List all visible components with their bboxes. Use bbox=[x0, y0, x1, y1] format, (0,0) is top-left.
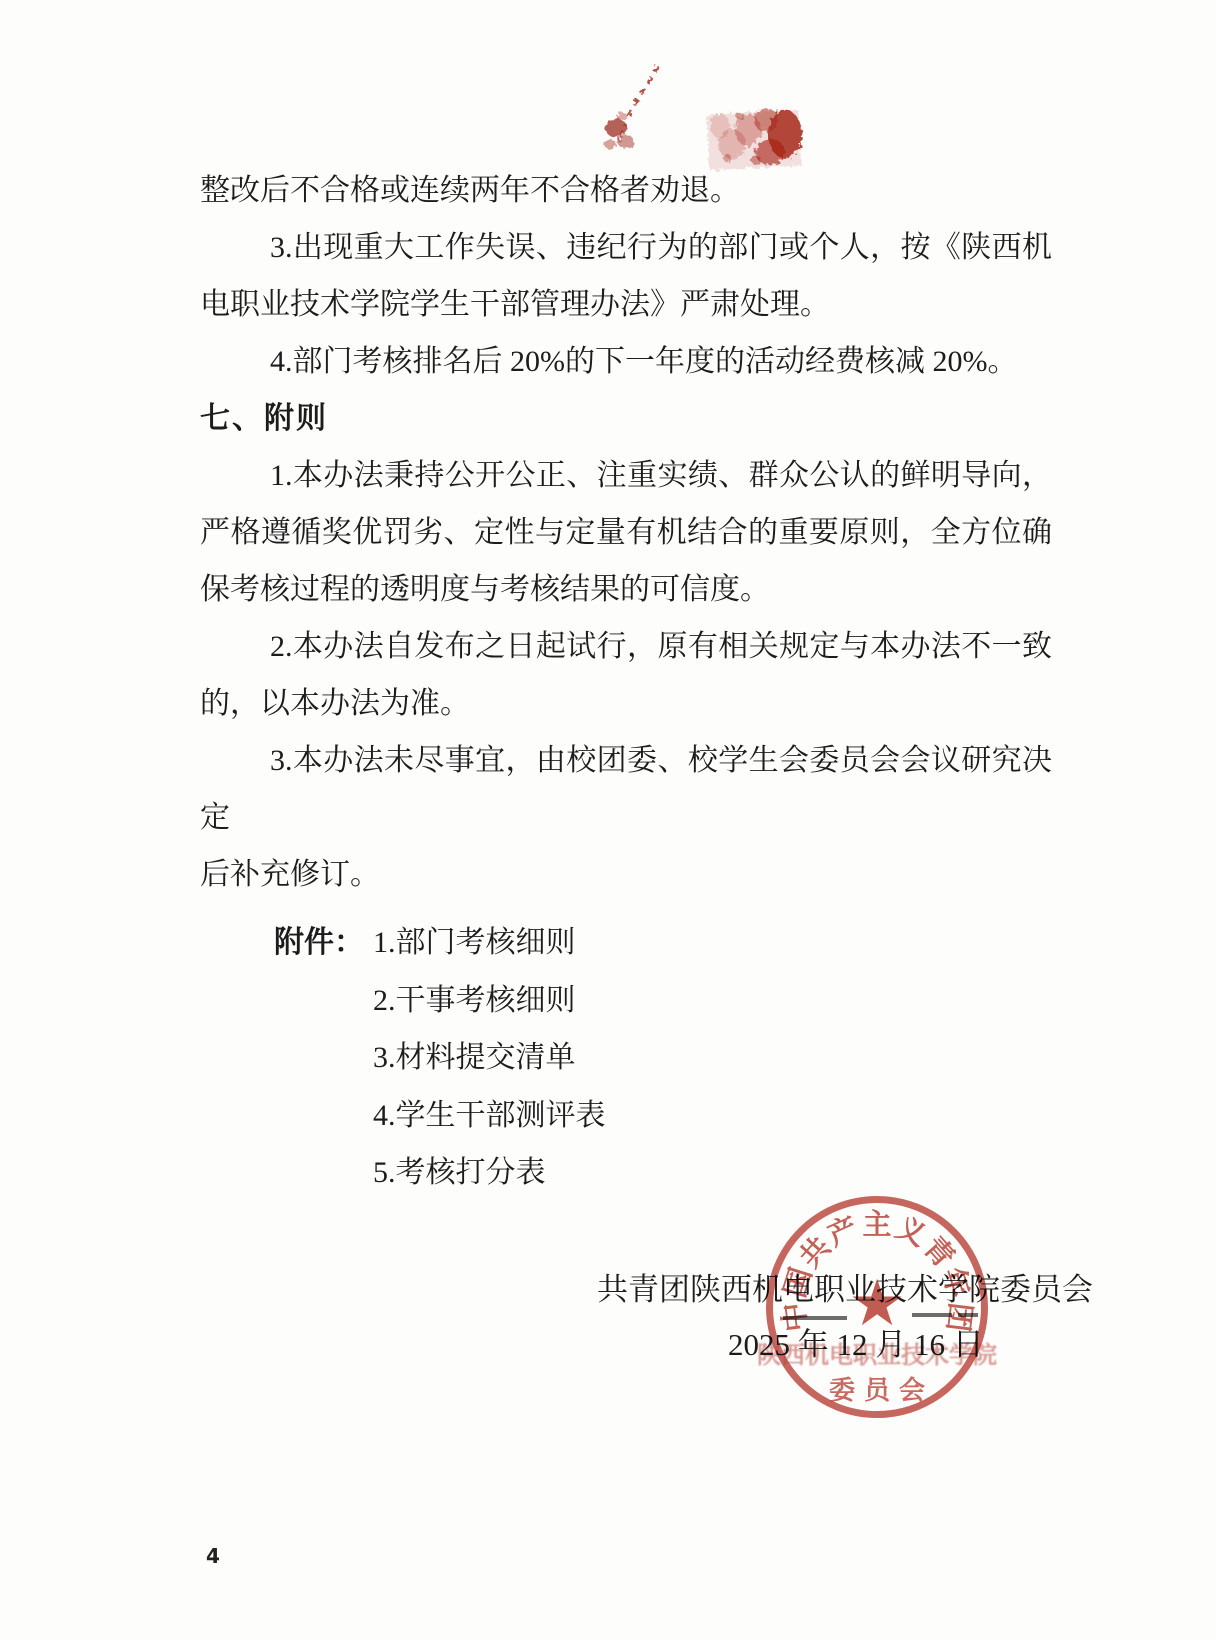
seal-star-icon: ★ bbox=[848, 1267, 905, 1341]
ink-smudge bbox=[580, 50, 830, 190]
attachment-item: 1.部门考核细则 bbox=[373, 914, 606, 972]
body-line: 3.本办法未尽事宜，由校团委、校学生会委员会会议研究决定 bbox=[200, 732, 1052, 846]
section-heading: 七、附则 bbox=[200, 390, 1052, 447]
seal-arc-char: 主 bbox=[862, 1210, 892, 1240]
attachment-item: 4.学生干部测评表 bbox=[373, 1087, 606, 1145]
body-line: 4.部门考核排名后 20%的下一年度的活动经费核减 20%。 bbox=[200, 333, 1052, 390]
body-line: 1.本办法秉持公开公正、注重实绩、群众公认的鲜明导向， bbox=[200, 447, 1052, 504]
attachments-list: 1.部门考核细则 2.干事考核细则 3.材料提交清单 4.学生干部测评表 5.考… bbox=[373, 914, 606, 1202]
seal-middle-text: 陕西机电职业技术学院 bbox=[757, 1335, 997, 1370]
attachment-item: 5.考核打分表 bbox=[373, 1144, 606, 1202]
body-line: 电职业技术学院学生干部管理办法》严肃处理。 bbox=[200, 276, 1052, 333]
body-line: 保考核过程的透明度与考核结果的可信度。 bbox=[200, 561, 1052, 618]
body-line: 的，以本办法为准。 bbox=[200, 675, 1052, 732]
smudge-blob bbox=[604, 112, 634, 149]
attachment-item: 3.材料提交清单 bbox=[373, 1029, 606, 1087]
body-line: 3.出现重大工作失误、违纪行为的部门或个人，按《陕西机 bbox=[200, 219, 1052, 276]
body-line: 严格遵循奖优罚劣、定性与定量有机结合的重要原则，全方位确 bbox=[200, 504, 1052, 561]
smudge-blotch bbox=[707, 108, 802, 170]
attachments-block: 附件： 1.部门考核细则 2.干事考核细则 3.材料提交清单 4.学生干部测评表… bbox=[274, 914, 606, 1202]
seal-arc-char: 中 bbox=[779, 1300, 812, 1333]
seal-arc-char: 团 bbox=[942, 1300, 975, 1333]
body-line: 后补充修订。 bbox=[200, 846, 1052, 903]
official-seal: 中国共产主义青年团 ★ 陕西机电职业技术学院 委员会 bbox=[766, 1196, 988, 1418]
attachments-label: 附件： bbox=[274, 914, 364, 972]
seal-bottom-text: 委员会 bbox=[820, 1370, 934, 1407]
document-body: 整改后不合格或连续两年不合格者劝退。 3.出现重大工作失误、违纪行为的部门或个人… bbox=[200, 162, 1052, 903]
document-page: 整改后不合格或连续两年不合格者劝退。 3.出现重大工作失误、违纪行为的部门或个人… bbox=[0, 0, 1216, 1640]
attachment-item: 2.干事考核细则 bbox=[373, 972, 606, 1030]
page-number: 4 bbox=[206, 1544, 220, 1568]
body-line: 2.本办法自发布之日起试行，原有相关规定与本办法不一致 bbox=[200, 618, 1052, 675]
